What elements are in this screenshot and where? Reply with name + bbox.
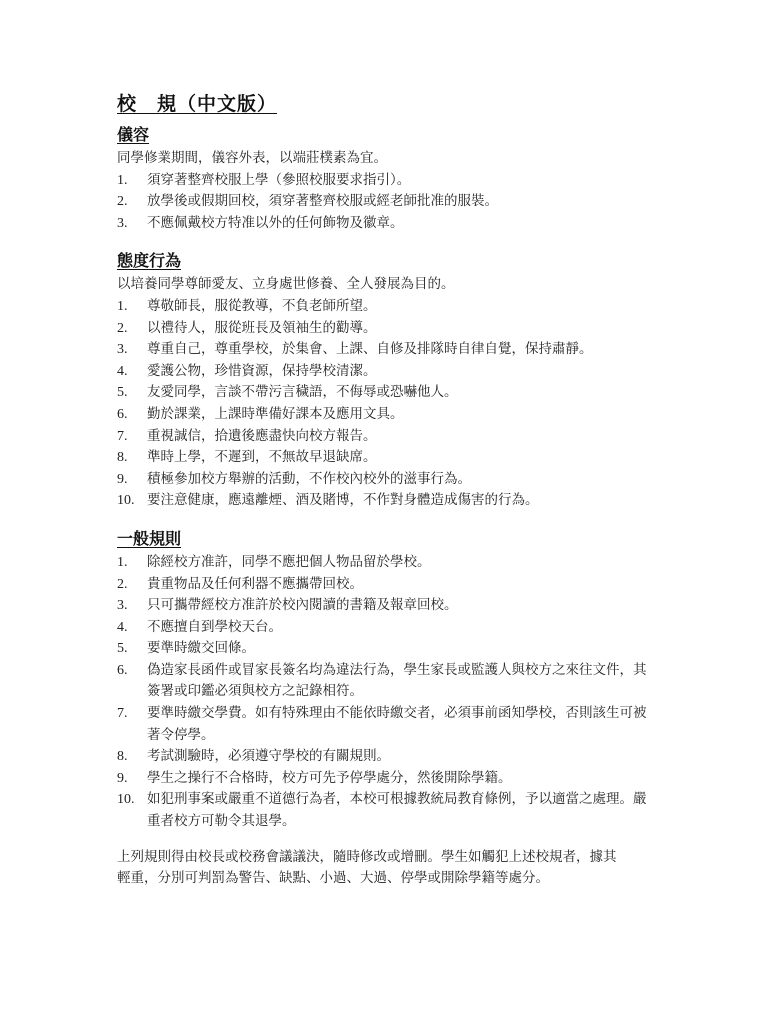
spacer — [117, 234, 657, 248]
section-general-rules: 一般規則 1.除經校方准許，同學不應把個人物品留於學校。 2.貴重物品及任何利器… — [117, 526, 657, 833]
rule-item: 4.不應擅自到學校天台。 — [117, 617, 657, 639]
rule-item: 3.只可攜帶經校方准許於校內閱讀的書籍及報章回校。 — [117, 595, 657, 617]
rule-number: 9. — [117, 469, 147, 491]
rule-item: 10.如犯刑事案或嚴重不道德行為者，本校可根據教統局教育條例，予以適當之處理。嚴… — [117, 789, 657, 832]
rule-item: 1.須穿著整齊校服上學（參照校服要求指引）。 — [117, 170, 657, 192]
rule-text: 勤於課業，上課時準備好課本及應用文具。 — [147, 404, 657, 426]
rule-text: 準時上學，不遲到，不無故早退缺席。 — [147, 447, 657, 469]
rule-number: 2. — [117, 318, 147, 340]
rule-text: 貴重物品及任何利器不應攜帶回校。 — [147, 574, 657, 596]
rule-number: 9. — [117, 768, 147, 790]
section-appearance: 儀容 同學修業期間，儀容外表，以端莊樸素為宜。 1.須穿著整齊校服上學（參照校服… — [117, 122, 657, 234]
rule-item: 5.要準時繳交回條。 — [117, 638, 657, 660]
rule-item: 8.考試測驗時，必須遵守學校的有關規則。 — [117, 746, 657, 768]
document-title: 校 規（中文版） — [117, 90, 657, 118]
spacer — [117, 512, 657, 526]
rule-list: 1.須穿著整齊校服上學（參照校服要求指引）。 2.放學後或假期回校，須穿著整齊校… — [117, 170, 657, 235]
rule-item: 8.準時上學，不遲到，不無故早退缺席。 — [117, 447, 657, 469]
spacer — [117, 833, 657, 847]
rule-item: 5.友愛同學，言談不帶污言穢語，不侮辱或恐嚇他人。 — [117, 382, 657, 404]
section-intro: 以培養同學尊師愛友、立身處世修養、全人發展為目的。 — [117, 274, 657, 296]
rule-text: 如犯刑事案或嚴重不道德行為者，本校可根據教統局教育條例，予以適當之處理。嚴重者校… — [147, 789, 657, 832]
rule-number: 5. — [117, 638, 147, 660]
rule-item: 10.要注意健康，應遠離煙、酒及賭博，不作對身體造成傷害的行為。 — [117, 490, 657, 512]
section-heading: 態度行為 — [117, 248, 657, 274]
rule-text: 愛護公物，珍惜資源，保持學校清潔。 — [147, 361, 657, 383]
rule-text: 重視誠信，拾遺後應盡快向校方報告。 — [147, 426, 657, 448]
rule-text: 須穿著整齊校服上學（參照校服要求指引）。 — [147, 170, 657, 192]
rule-item: 4.愛護公物，珍惜資源，保持學校清潔。 — [117, 361, 657, 383]
rule-number: 3. — [117, 339, 147, 361]
rule-text: 要準時繳交回條。 — [147, 638, 657, 660]
rule-number: 2. — [117, 574, 147, 596]
rule-number: 8. — [117, 447, 147, 469]
rule-text: 尊敬師長，服從教導，不負老師所望。 — [147, 296, 657, 318]
rule-text: 不應佩戴校方特准以外的任何飾物及徽章。 — [147, 213, 657, 235]
rule-text: 只可攜帶經校方准許於校內閱讀的書籍及報章回校。 — [147, 595, 657, 617]
rule-number: 3. — [117, 213, 147, 235]
rule-number: 7. — [117, 703, 147, 746]
rule-text: 放學後或假期回校，須穿著整齊校服或經老師批准的服裝。 — [147, 191, 657, 213]
rule-item: 6.偽造家長函件或冒家長簽名均為違法行為，學生家長或監護人與校方之來往文件，其簽… — [117, 660, 657, 703]
rule-number: 5. — [117, 382, 147, 404]
rule-text: 以禮待人，服從班長及領袖生的勸導。 — [147, 318, 657, 340]
section-heading: 儀容 — [117, 122, 657, 148]
rule-text: 除經校方准許，同學不應把個人物品留於學校。 — [147, 552, 657, 574]
rule-item: 3.不應佩戴校方特准以外的任何飾物及徽章。 — [117, 213, 657, 235]
rule-item: 3.尊重自己，尊重學校，於集會、上課、自修及排隊時自律自覺，保持肅靜。 — [117, 339, 657, 361]
rule-number: 7. — [117, 426, 147, 448]
rule-text: 積極參加校方舉辦的活動，不作校內校外的滋事行為。 — [147, 469, 657, 491]
rule-item: 2.放學後或假期回校，須穿著整齊校服或經老師批准的服裝。 — [117, 191, 657, 213]
rule-number: 3. — [117, 595, 147, 617]
rule-number: 2. — [117, 191, 147, 213]
rule-number: 6. — [117, 660, 147, 703]
rule-list: 1.尊敬師長，服從教導，不負老師所望。 2.以禮待人，服從班長及領袖生的勸導。 … — [117, 296, 657, 512]
rule-text: 學生之操行不合格時，校方可先予停學處分，然後開除學籍。 — [147, 768, 657, 790]
rule-item: 6.勤於課業，上課時準備好課本及應用文具。 — [117, 404, 657, 426]
rule-number: 6. — [117, 404, 147, 426]
rule-number: 1. — [117, 170, 147, 192]
rule-number: 10. — [117, 490, 147, 512]
rule-item: 1.尊敬師長，服從教導，不負老師所望。 — [117, 296, 657, 318]
document-page: 校 規（中文版） 儀容 同學修業期間，儀容外表，以端莊樸素為宜。 1.須穿著整齊… — [117, 90, 657, 890]
rule-text: 偽造家長函件或冒家長簽名均為違法行為，學生家長或監護人與校方之來往文件，其簽署或… — [147, 660, 657, 703]
rule-item: 2.貴重物品及任何利器不應攜帶回校。 — [117, 574, 657, 596]
rule-number: 4. — [117, 361, 147, 383]
rule-number: 1. — [117, 552, 147, 574]
rule-number: 4. — [117, 617, 147, 639]
rule-item: 9.積極參加校方舉辦的活動，不作校內校外的滋事行為。 — [117, 469, 657, 491]
rule-number: 1. — [117, 296, 147, 318]
rule-item: 7.重視誠信，拾遺後應盡快向校方報告。 — [117, 426, 657, 448]
rule-text: 要注意健康，應遠離煙、酒及賭博，不作對身體造成傷害的行為。 — [147, 490, 657, 512]
section-intro: 同學修業期間，儀容外表，以端莊樸素為宜。 — [117, 148, 657, 170]
rule-text: 尊重自己，尊重學校，於集會、上課、自修及排隊時自律自覺，保持肅靜。 — [147, 339, 657, 361]
rule-item: 2.以禮待人，服從班長及領袖生的勸導。 — [117, 318, 657, 340]
rule-text: 不應擅自到學校天台。 — [147, 617, 657, 639]
closing-paragraph: 上列規則得由校長或校務會議議決，隨時修改或增刪。學生如觸犯上述校規者，據其輕重，… — [117, 847, 627, 890]
rule-number: 8. — [117, 746, 147, 768]
section-heading: 一般規則 — [117, 526, 657, 552]
rule-text: 要準時繳交學費。如有特殊理由不能依時繳交者，必須事前函知學校，否則該生可被著令停… — [147, 703, 657, 746]
rule-text: 友愛同學，言談不帶污言穢語，不侮辱或恐嚇他人。 — [147, 382, 657, 404]
rule-item: 7.要準時繳交學費。如有特殊理由不能依時繳交者，必須事前函知學校，否則該生可被著… — [117, 703, 657, 746]
rule-text: 考試測驗時，必須遵守學校的有關規則。 — [147, 746, 657, 768]
rule-item: 1.除經校方准許，同學不應把個人物品留於學校。 — [117, 552, 657, 574]
rule-item: 9.學生之操行不合格時，校方可先予停學處分，然後開除學籍。 — [117, 768, 657, 790]
section-attitude-behaviour: 態度行為 以培養同學尊師愛友、立身處世修養、全人發展為目的。 1.尊敬師長，服從… — [117, 248, 657, 512]
rule-list: 1.除經校方准許，同學不應把個人物品留於學校。 2.貴重物品及任何利器不應攜帶回… — [117, 552, 657, 833]
rule-number: 10. — [117, 789, 147, 832]
